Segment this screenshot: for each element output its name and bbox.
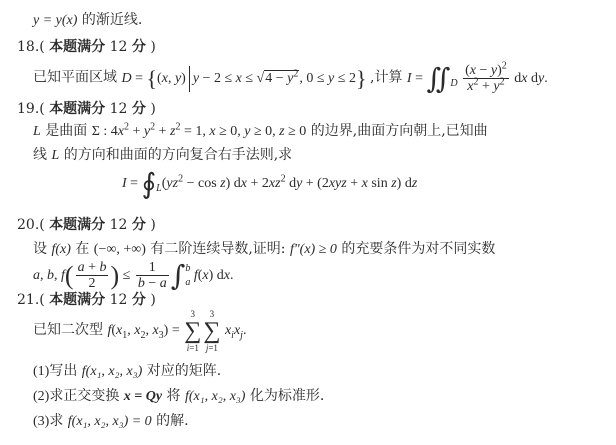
problem-21-header: 21.( 本题满分 12 分 ) xyxy=(17,291,156,309)
curve-symbol: L xyxy=(51,148,59,163)
text: 的方向和曲面的方向复合右手法则,求 xyxy=(64,147,292,163)
problem-21-form: 已知二次型 f(x1, x2, x3) = 3∑i=13∑j=1 xixj. xyxy=(33,308,246,353)
curve-symbol: L xyxy=(33,124,41,139)
line-integral: I = ∮L(yz2 − cos z) dx + 2xz2 dy + (2xyz… xyxy=(122,172,417,196)
header-close: ) xyxy=(150,292,155,308)
problem-number: 21.( xyxy=(17,292,45,308)
quadratic-form: f(x1, x2, x3) = 3∑i=13∑j=1 xixj. xyxy=(107,323,246,338)
text: 线 xyxy=(33,147,47,163)
problem-19-line-1: L 是曲面 Σ : 4x2 + y2 + z2 = 1, x ≥ 0, y ≥ … xyxy=(33,122,488,141)
problem-number: 19.( xyxy=(17,101,45,117)
surface-equation: Σ : 4x2 + y2 + z2 = 1, x ≥ 0, y ≥ 0, z ≥… xyxy=(92,124,307,139)
problem-18-lead: 已知平面区域 xyxy=(33,70,117,86)
text: 求正交变换 xyxy=(49,388,119,404)
score-label: 本题满分 xyxy=(49,217,105,233)
score-value: 12 xyxy=(110,101,128,117)
problem-20-line-1: 设 f(x) 在 (−∞, +∞) 有二阶连续导数,证明: f″(x) ≥ 0 … xyxy=(33,240,495,259)
function: f(x) xyxy=(51,242,70,257)
text: 对应的矩阵. xyxy=(147,363,221,379)
text: 已知二次型 xyxy=(33,322,103,338)
problem-20-inequality: a, b, f(a + b2) ≤ 1b − a∫ba f(x) dx. xyxy=(33,260,234,292)
problem-18-body: 已知平面区域 D = {(x, y)y − 2 ≤ x ≤ √4 − y2, 0… xyxy=(33,63,548,94)
text: 的充要条件为对不同实数 xyxy=(341,241,495,257)
double-integral: I = ∬D (x − y)2x2 + y2 dx dy. xyxy=(407,71,548,86)
text: 有二阶连续导数,证明: xyxy=(150,241,285,257)
text: 将 xyxy=(167,388,181,404)
header-close: ) xyxy=(150,39,155,55)
text: 写出 xyxy=(49,363,77,379)
transform: x = Qy xyxy=(124,389,162,404)
problem-21-part-3: (3)求 f(x₁, x₂, x₃) = 0 的解. xyxy=(33,412,189,431)
part-label: (2) xyxy=(33,389,49,404)
problem-number: 18.( xyxy=(17,39,45,55)
score-label: 本题满分 xyxy=(49,39,105,55)
text: 的解. xyxy=(156,413,188,429)
score-label: 本题满分 xyxy=(49,101,105,117)
text: 化为标准形. xyxy=(250,388,324,404)
problem-18-header: 18.( 本题满分 12 分 ) xyxy=(17,38,156,56)
score-unit: 分 xyxy=(132,217,146,233)
part-label: (1) xyxy=(33,364,49,379)
text: 的边界,曲面方向朝上,已知曲 xyxy=(311,123,488,139)
problem-21-part-1: (1)写出 f(x₁, x₂, x₃) 对应的矩阵. xyxy=(33,362,221,381)
function: f(x₁, x₂, x₃) xyxy=(82,364,142,379)
problem-18-mid: ,计算 xyxy=(370,70,402,86)
condition: f″(x) ≥ 0 xyxy=(290,242,337,257)
intro-line: y = y(x) 的渐近线. xyxy=(33,11,142,30)
score-label: 本题满分 xyxy=(49,292,105,308)
part-label: (3) xyxy=(33,414,49,429)
header-close: ) xyxy=(150,217,155,233)
problem-20-header: 20.( 本题满分 12 分 ) xyxy=(17,216,156,234)
function: f(x₁, x₂, x₃) xyxy=(185,389,245,404)
equation: f(x₁, x₂, x₃) = 0 xyxy=(68,414,152,429)
score-unit: 分 xyxy=(132,39,146,55)
text: 设 xyxy=(33,241,47,257)
header-close: ) xyxy=(150,101,155,117)
problem-19-header: 19.( 本题满分 12 分 ) xyxy=(17,100,156,118)
score-value: 12 xyxy=(110,217,128,233)
score-unit: 分 xyxy=(132,101,146,117)
score-value: 12 xyxy=(110,292,128,308)
problem-19-line-2: 线 L 的方向和曲面的方向复合右手法则,求 xyxy=(33,146,292,165)
text: 求 xyxy=(49,413,63,429)
intro-text: 的渐近线. xyxy=(82,12,142,28)
intro-math: y = y(x) xyxy=(33,13,77,28)
problem-21-part-2: (2)求正交变换 x = Qy 将 f(x₁, x₂, x₃) 化为标准形. xyxy=(33,387,324,406)
region-definition: D = {(x, y)y − 2 ≤ x ≤ √4 − y2, 0 ≤ y ≤ … xyxy=(121,71,370,86)
problem-number: 20.( xyxy=(17,217,45,233)
score-value: 12 xyxy=(110,39,128,55)
interval: (−∞, +∞) xyxy=(94,242,146,257)
text: 是曲面 xyxy=(45,123,87,139)
score-unit: 分 xyxy=(132,292,146,308)
text: 在 xyxy=(75,241,89,257)
